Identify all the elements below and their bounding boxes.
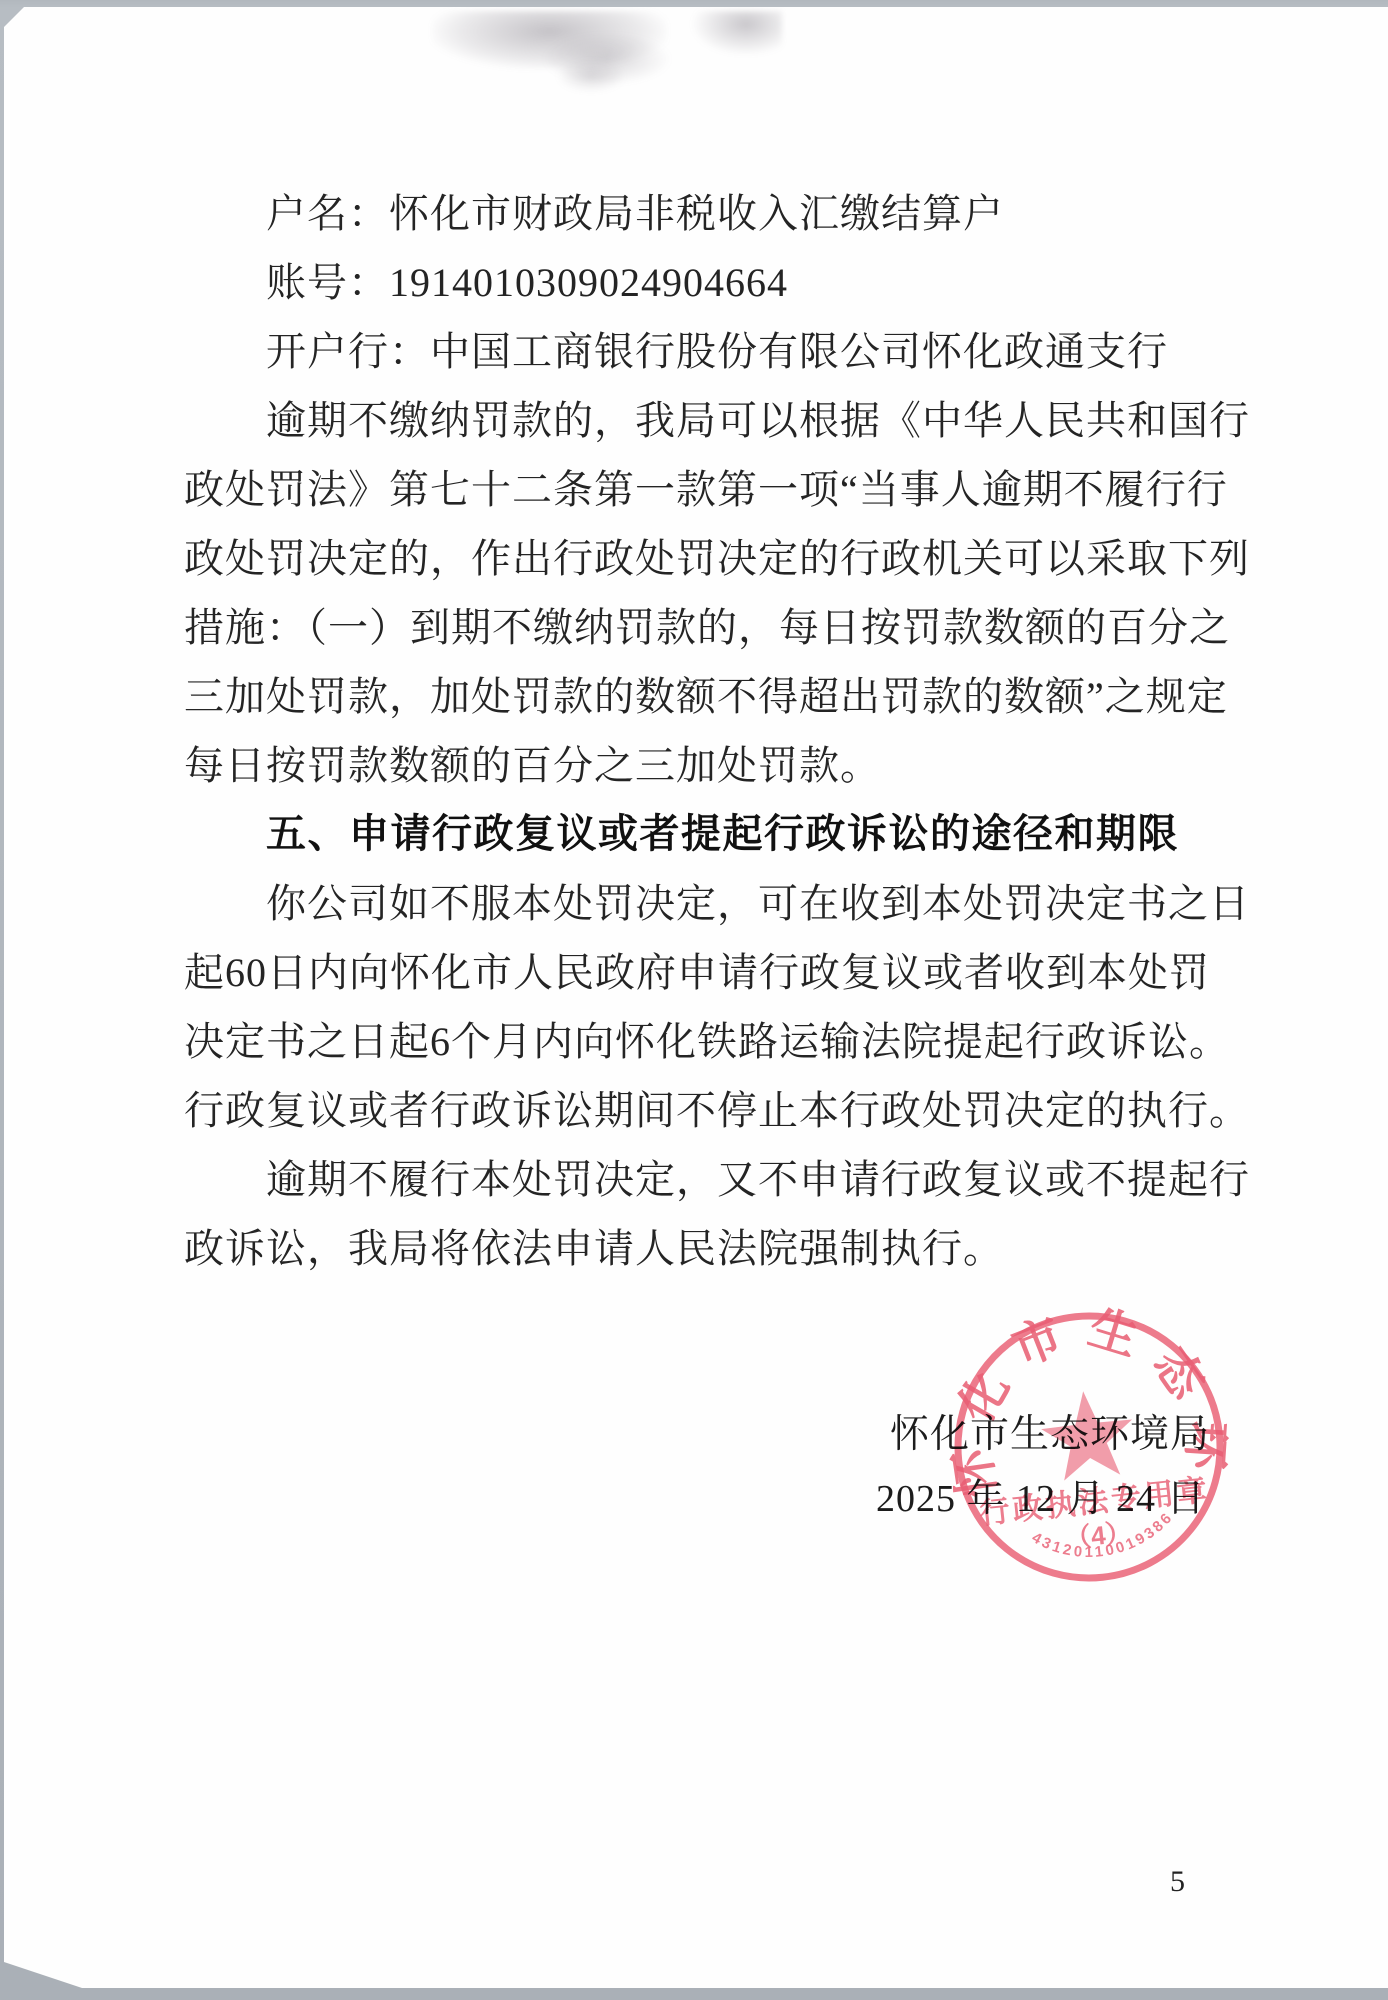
seal-star-icon [1038, 1387, 1138, 1483]
doc-line-bank: 开户行：中国工商银行股份有限公司怀化政通支行 [184, 317, 1250, 386]
doc-line: 政处罚决定的，作出行政处罚决定的行政机关可以采取下列 [184, 524, 1250, 593]
doc-line: 行政复议或者行政诉讼期间不停止本行政处罚决定的执行。 [184, 1076, 1250, 1145]
section-heading: 五、申请行政复议或者提起行政诉讼的途径和期限 [184, 800, 1250, 869]
doc-line: 逾期不履行本处罚决定，又不申请行政复议或不提起行 [184, 1145, 1250, 1214]
doc-line-account-name: 户名：怀化市财政局非税收入汇缴结算户 [184, 179, 1250, 248]
scan-smudge [692, 11, 782, 55]
document-page: 户名：怀化市财政局非税收入汇缴结算户 账号：191401030902490466… [4, 7, 1388, 1988]
doc-line: 每日按罚款数额的百分之三加处罚款。 [184, 731, 1250, 800]
scan-smudge [542, 33, 672, 85]
scan-smudge [432, 11, 667, 69]
doc-line: 你公司如不服本处罚决定，可在收到本处罚决定书之日 [184, 869, 1250, 938]
doc-line: 政处罚法》第七十二条第一款第一项“当事人逾期不履行行 [184, 455, 1250, 524]
page-number: 5 [1170, 1865, 1185, 1899]
doc-line: 政诉讼，我局将依法申请人民法院强制执行。 [184, 1214, 1250, 1283]
doc-line: 逾期不缴纳罚款的，我局可以根据《中华人民共和国行 [184, 386, 1250, 455]
doc-line: 措施：（一）到期不缴纳罚款的，每日按罚款数额的百分之 [184, 593, 1250, 662]
official-seal-stamp: 怀化市生态环境局 行政执法专用章 （4） 43120110019386 [944, 1302, 1234, 1592]
doc-line: 决定书之日起6个月内向怀化铁路运输法院提起行政诉讼。 [184, 1007, 1250, 1076]
doc-line: 起60日内向怀化市人民政府申请行政复议或者收到本处罚 [184, 938, 1250, 1007]
doc-line-account-number: 账号：1914010309024904664 [184, 248, 1250, 317]
document-body: 户名：怀化市财政局非税收入汇缴结算户 账号：191401030902490466… [184, 179, 1250, 1283]
scan-smudge [556, 59, 626, 93]
doc-line: 三加处罚款，加处罚款的数额不得超出罚款的数额”之规定 [184, 662, 1250, 731]
